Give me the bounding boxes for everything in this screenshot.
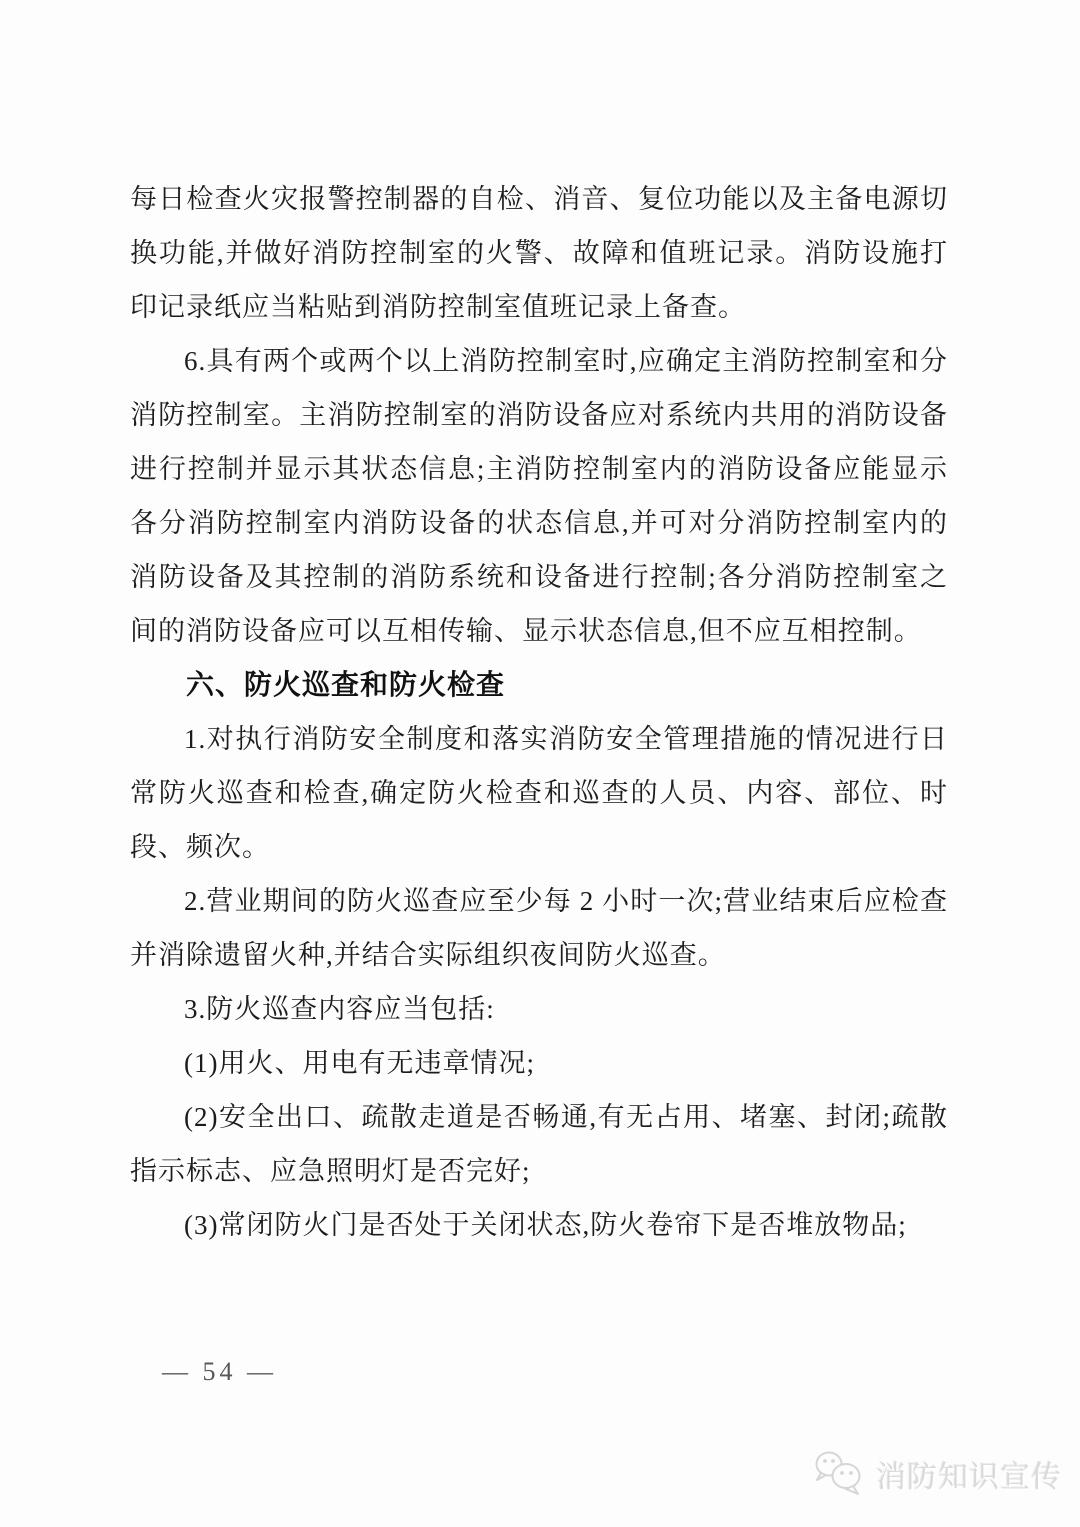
paragraph-item-2-patrol-frequency: 2.营业期间的防火巡查应至少每 2 小时一次;营业结束后应检查并消除遗留火种,并…: [130, 874, 948, 982]
paragraph-item-3-patrol-contents-intro: 3.防火巡查内容应当包括:: [130, 982, 948, 1036]
document-page: 每日检查火灾报警控制器的自检、消音、复位功能以及主备电源切换功能,并做好消防控制…: [0, 0, 1080, 1527]
watermark-label: 消防知识宣传: [876, 1452, 1062, 1496]
watermark: 消防知识宣传: [812, 1450, 1062, 1498]
list-item-3-fire-doors: (3)常闭防火门是否处于关闭状态,防火卷帘下是否堆放物品;: [130, 1198, 948, 1252]
page-number: — 54 —: [162, 1352, 277, 1392]
document-body: 每日检查火灾报警控制器的自检、消音、复位功能以及主备电源切换功能,并做好消防控制…: [130, 172, 948, 1252]
paragraph-item-6-control-rooms: 6.具有两个或两个以上消防控制室时,应确定主消防控制室和分消防控制室。主消防控制…: [130, 334, 948, 658]
list-item-2-exits-evacuation: (2)安全出口、疏散走道是否畅通,有无占用、堵塞、封闭;疏散指示标志、应急照明灯…: [130, 1090, 948, 1198]
paragraph-item-1-patrol-plan: 1.对执行消防安全制度和落实消防安全管理措施的情况进行日常防火巡查和检查,确定防…: [130, 712, 948, 874]
paragraph-daily-check-continuation: 每日检查火灾报警控制器的自检、消音、复位功能以及主备电源切换功能,并做好消防控制…: [130, 172, 948, 334]
list-item-1-fire-electricity: (1)用火、用电有无违章情况;: [130, 1036, 948, 1090]
section-heading-fire-patrol: 六、防火巡查和防火检查: [130, 658, 948, 712]
wechat-icon: [812, 1450, 868, 1498]
